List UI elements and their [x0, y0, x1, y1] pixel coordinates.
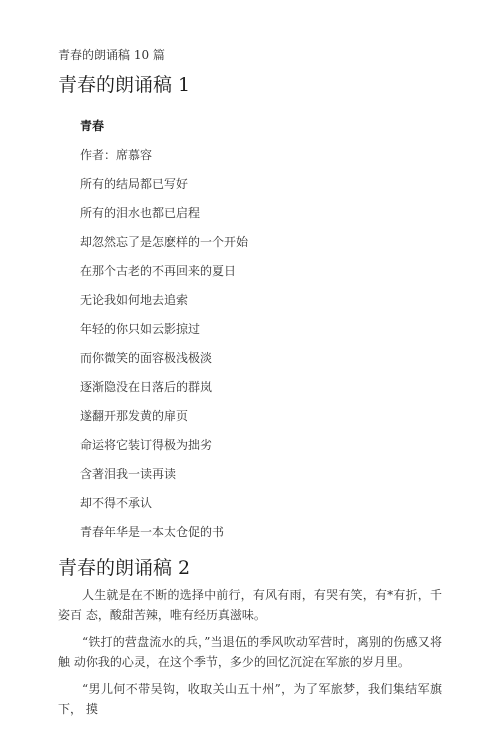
poem-line: 青春年华是一本太仓促的书 — [80, 523, 224, 540]
poem-line: 逐渐隐没在日落后的群岚 — [80, 378, 212, 395]
poem-line: 遂翻开那发黄的扉页 — [80, 407, 188, 424]
poem-line: 而你微笑的面容极浅极淡 — [80, 349, 212, 366]
poem-title: 青春 — [80, 117, 104, 134]
document-title: 青春的朗诵稿 10 篇 — [58, 46, 165, 63]
poem-line: 所有的结局都已写好 — [80, 175, 188, 192]
poem-author: 作者：席慕容 — [80, 146, 152, 163]
section-heading-1: 青春的朗诵稿 1 — [58, 70, 190, 97]
poem-line: 所有的泪水也都已启程 — [80, 204, 200, 221]
poem-line: 无论我如何地去追索 — [80, 291, 188, 308]
document-page: 青春的朗诵稿 10 篇 青春的朗诵稿 1 青春 作者：席慕容 所有的结局都已写好… — [0, 0, 500, 747]
poem-line: 却忽然忘了是怎麽样的一个开始 — [80, 233, 248, 250]
poem-line: 含著泪我一读再读 — [80, 465, 176, 482]
poem-line: 年轻的你只如云影掠过 — [80, 320, 200, 337]
poem-line: 却不得不承认 — [80, 494, 152, 511]
poem-line: 命运将它装订得极为拙劣 — [80, 436, 212, 453]
paragraph: 人生就是在不断的选择中前行，有风有雨，有哭有笑，有*有折，千姿百 态，酸甜苦辣，… — [58, 585, 442, 625]
paragraph: “铁打的营盘流水的兵，”当退伍的季风吹动军营时，离别的伤感又将触 动你我的心灵，… — [58, 632, 442, 672]
poem-line: 在那个古老的不再回来的夏日 — [80, 262, 236, 279]
section-heading-2: 青春的朗诵稿 2 — [58, 553, 190, 580]
paragraph: “男儿何不带吴钩，收取关山五十州”，为了军旅梦，我们集结军旗下， 摸 — [58, 679, 442, 719]
